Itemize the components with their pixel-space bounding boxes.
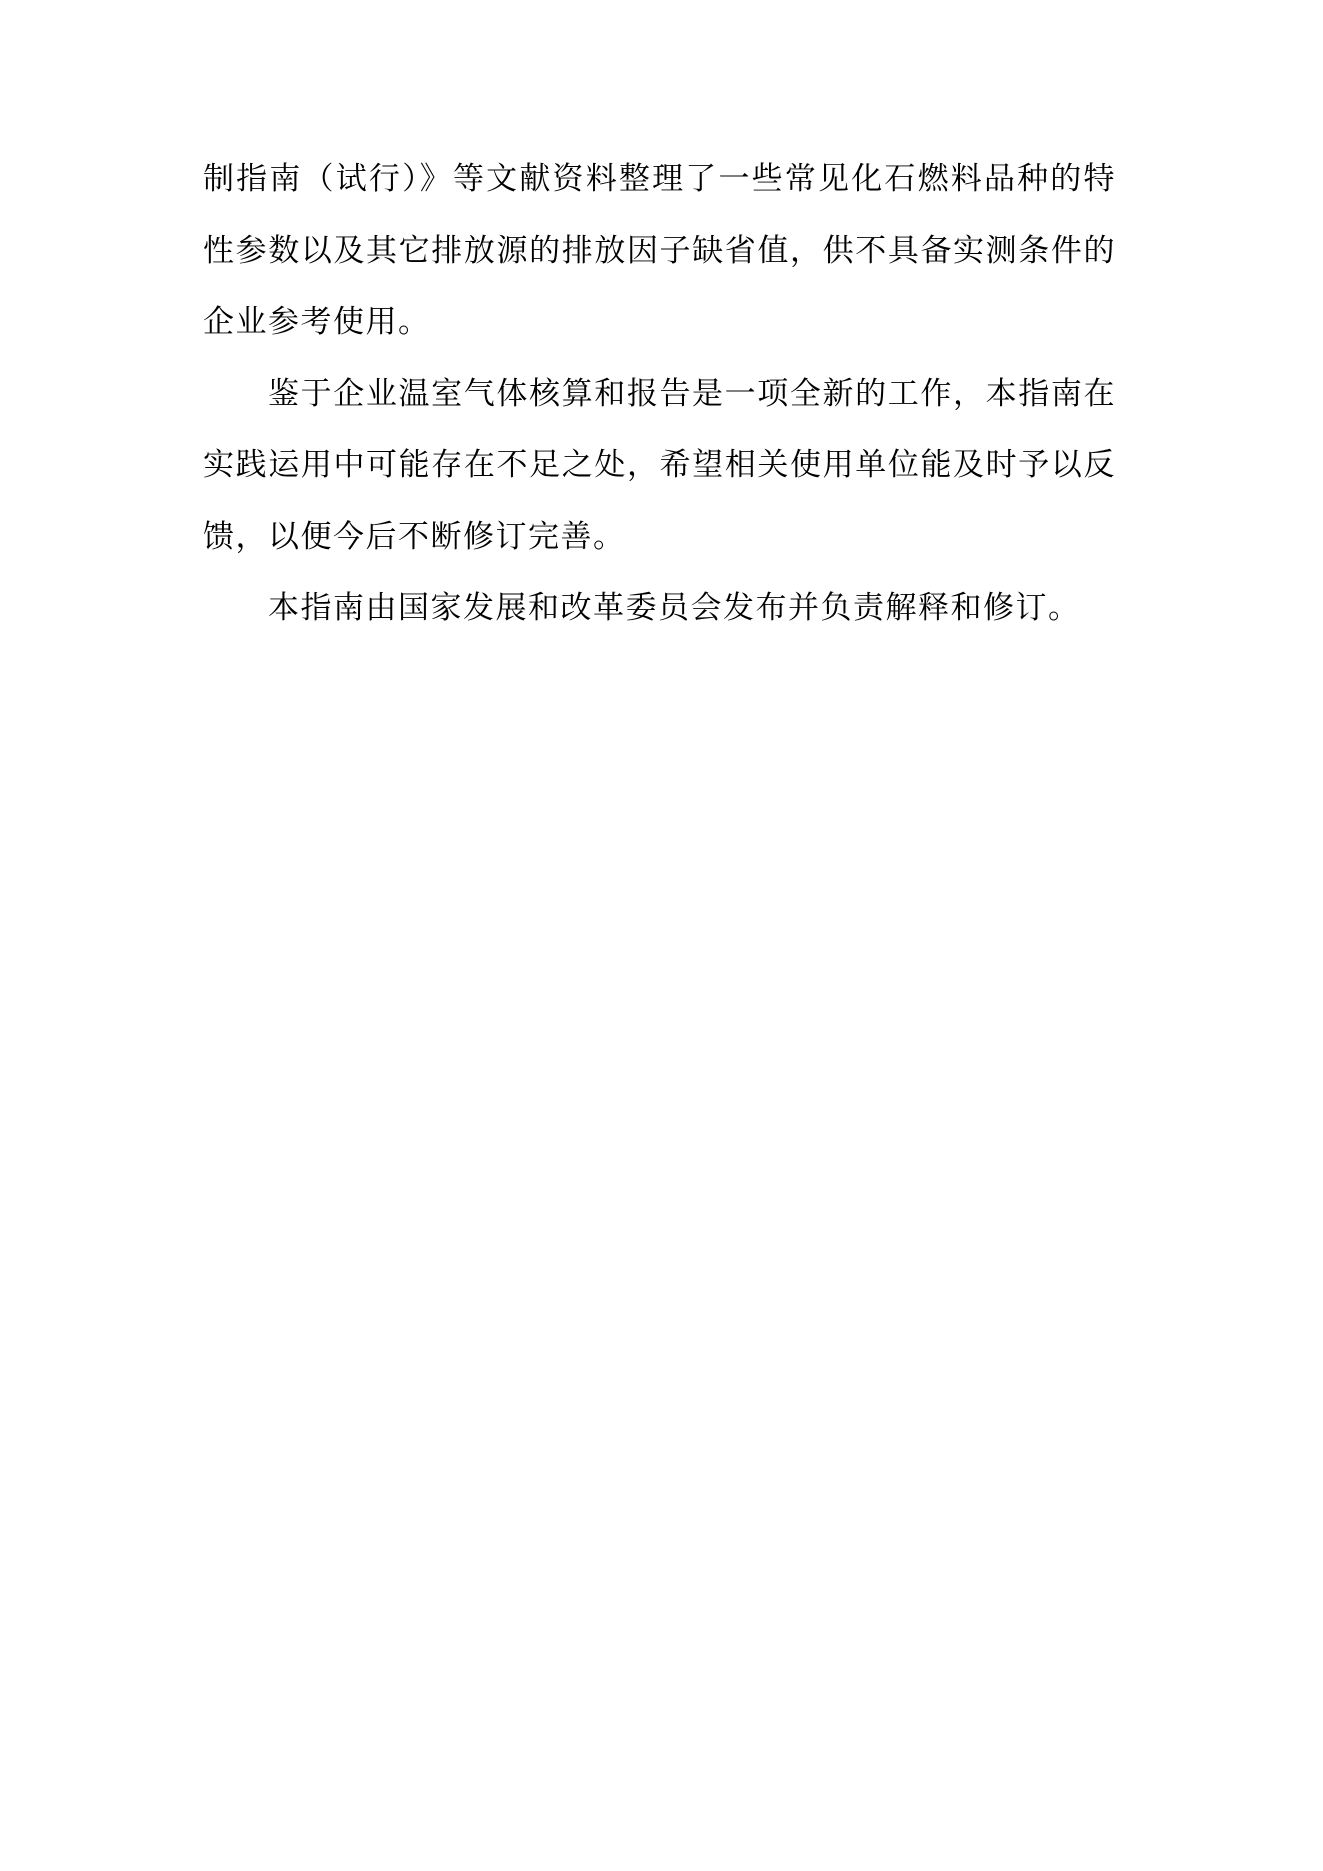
paragraph-issuer-note: 本指南由国家发展和改革委员会发布并负责解释和修订。	[203, 572, 1116, 644]
document-page: 制指南（试行）》等文献资料整理了一些常见化石燃料品种的特性参数以及其它排放源的排…	[0, 0, 1323, 1871]
paragraph-feedback-note: 鉴于企业温室气体核算和报告是一项全新的工作，本指南在实践运用中可能存在不足之处，…	[203, 358, 1116, 573]
paragraph-continuation: 制指南（试行）》等文献资料整理了一些常见化石燃料品种的特性参数以及其它排放源的排…	[203, 143, 1116, 358]
text-block: 制指南（试行）》等文献资料整理了一些常见化石燃料品种的特性参数以及其它排放源的排…	[203, 143, 1116, 644]
